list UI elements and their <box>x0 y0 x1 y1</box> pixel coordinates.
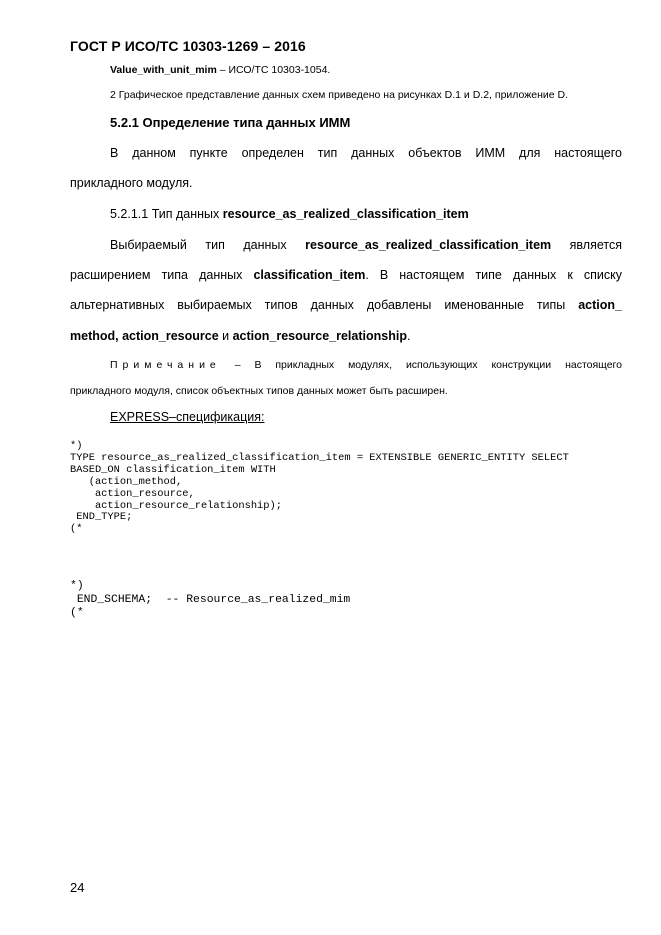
text: является <box>551 238 622 252</box>
note-line-1: Примечание – В прикладных модулях, испол… <box>70 359 622 371</box>
text: и <box>219 329 233 343</box>
heading-term: resource_as_realized_classification_item <box>223 207 469 221</box>
express-specification-label: EXPRESS–спецификация: <box>110 410 264 424</box>
reference-separator: – <box>217 64 229 76</box>
term: method, action_resource <box>70 329 219 343</box>
paragraph-5-2-1-1-line-3: альтернативных выбираемых типов данных д… <box>70 298 622 312</box>
heading-prefix: 5.2.1.1 Тип данных <box>110 207 223 221</box>
note-label: Примечание <box>110 359 221 371</box>
term: action_resource_relationship <box>233 329 407 343</box>
express-code-block-end-schema: *) END_SCHEMA; -- Resource_as_realized_m… <box>70 580 350 621</box>
term: action_ <box>578 298 622 312</box>
reference-line: Value_with_unit_mim – ИСО/ТС 10303-1054. <box>110 64 330 76</box>
note-text: В прикладных модулях, использующих конст… <box>254 359 622 371</box>
paragraph-5-2-1-1-line-1: Выбираемый тип данных resource_as_realiz… <box>70 238 622 252</box>
reference-value: ИСО/ТС 10303-1054. <box>228 64 330 76</box>
text: расширением типа данных <box>70 268 253 282</box>
section-heading-5-2-1-1: 5.2.1.1 Тип данных resource_as_realized_… <box>110 207 469 221</box>
text: . <box>407 329 410 343</box>
note-dash: – <box>221 359 255 371</box>
paragraph-5-2-1-line-2: прикладного модуля. <box>70 176 193 190</box>
paragraph-5-2-1-1-line-4: method, action_resource и action_resourc… <box>70 329 410 343</box>
express-code-block-type: *) TYPE resource_as_realized_classificat… <box>70 441 569 536</box>
document-header: ГОСТ Р ИСО/ТС 10303-1269 – 2016 <box>70 38 306 54</box>
term: classification_item <box>253 268 365 282</box>
note-2: 2 Графическое представление данных схем … <box>110 89 568 101</box>
section-heading-5-2-1: 5.2.1 Определение типа данных ИММ <box>110 115 350 130</box>
term: resource_as_realized_classification_item <box>305 238 551 252</box>
page-number: 24 <box>70 880 84 895</box>
reference-term: Value_with_unit_mim <box>110 64 217 76</box>
note-line-2: прикладного модуля, список объектных тип… <box>70 385 448 397</box>
paragraph-5-2-1-line-1: В данном пункте определен тип данных объ… <box>70 146 622 160</box>
text: . В настоящем типе данных к списку <box>365 268 622 282</box>
text: альтернативных выбираемых типов данных д… <box>70 298 578 312</box>
text: Выбираемый тип данных <box>110 238 305 252</box>
paragraph-5-2-1-1-line-2: расширением типа данных classification_i… <box>70 268 622 282</box>
